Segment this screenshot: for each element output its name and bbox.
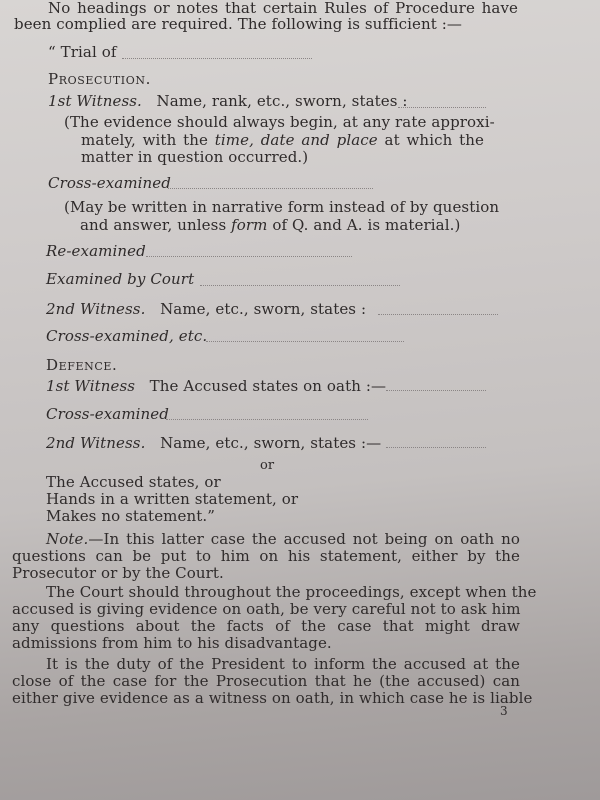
defence-witness-1-fill-line	[386, 390, 486, 391]
note-line-3: Prosecutor or by the Court.	[12, 564, 224, 582]
document-page: No headings or notes that certain Rules …	[0, 0, 600, 800]
prosecution-witness-1: 1st Witness. Name, rank, etc., sworn, st…	[48, 92, 408, 110]
evidence-note-text: at which the	[378, 131, 484, 149]
note-line-1: Note.—In this latter case the accused no…	[46, 530, 520, 548]
narrative-note-text: and answer, unless	[80, 216, 231, 234]
intro-line-2: been complied are required. The followin…	[14, 15, 462, 33]
trial-of-label: “ Trial of	[48, 43, 117, 61]
defence-witness-1-label: 1st Witness	[46, 377, 135, 395]
witness-1-fill-line	[398, 107, 486, 108]
evidence-note-line-3: matter in question occurred.)	[81, 148, 308, 166]
cross-examined-etc-fill-line	[206, 341, 404, 342]
defence-witness-2-text: Name, etc., sworn, states :—	[160, 434, 381, 452]
defence-cross-examined: Cross-examined	[46, 405, 169, 423]
president-paragraph-line-2: close of the case for the Prosecution th…	[12, 672, 520, 690]
note-label: Note.	[46, 530, 88, 548]
note-text: —In this latter case the accused not bei…	[88, 530, 520, 548]
president-paragraph-line-3: either give evidence as a witness on oat…	[12, 689, 520, 707]
narrative-note-text: of Q. and A. is material.)	[268, 216, 461, 234]
defence-witness-1-text: The Accused states on oath :—	[150, 377, 386, 395]
prosecution-cross-examined: Cross-examined	[48, 174, 171, 192]
court-paragraph-line-4: admissions from him to his disadvantage.	[12, 634, 332, 652]
defence-witness-2-fill-line	[386, 447, 486, 448]
alternative-no-statement: Makes no statement.”	[46, 507, 215, 525]
court-paragraph-line-2: accused is giving evidence on oath, be v…	[12, 600, 520, 618]
prosecution-witness-2: 2nd Witness. Name, etc., sworn, states :	[46, 300, 366, 318]
note-line-2: questions can be put to him on his state…	[12, 547, 520, 565]
prosecution-heading: Prosecution.	[48, 70, 151, 88]
witness-1-text: Name, rank, etc., sworn, states :	[157, 92, 408, 110]
evidence-note-text: mately, with the	[81, 131, 215, 149]
examined-by-court-fill-line	[200, 285, 400, 286]
evidence-note-line-1: (The evidence should always begin, at an…	[64, 113, 484, 131]
evidence-note-line-2: mately, with the time, date and place at…	[81, 131, 484, 149]
cross-examined-fill-line	[168, 188, 373, 189]
alternative-accused-states: The Accused states, or	[46, 473, 221, 491]
or-separator: or	[260, 457, 274, 475]
witness-2-fill-line	[378, 314, 498, 315]
re-examined-fill-line	[146, 256, 352, 257]
narrative-note-line-1: (May be written in narrative form instea…	[64, 198, 486, 216]
defence-witness-2: 2nd Witness. Name, etc., sworn, states :…	[46, 434, 381, 452]
defence-witness-2-label: 2nd Witness.	[46, 434, 145, 452]
prosecution-examined-by-court: Examined by Court	[46, 270, 194, 288]
defence-witness-1: 1st Witness The Accused states on oath :…	[46, 377, 386, 395]
evidence-note-emphasis: time, date and place	[215, 131, 378, 149]
defence-heading: Defence.	[46, 356, 117, 374]
president-paragraph-line-1: It is the duty of the President to infor…	[46, 655, 520, 673]
narrative-note-line-2: and answer, unless form of Q. and A. is …	[80, 216, 460, 234]
defence-cross-examined-fill-line	[166, 419, 368, 420]
court-paragraph-line-3: any questions about the facts of the cas…	[12, 617, 520, 635]
witness-2-text: Name, etc., sworn, states :	[160, 300, 366, 318]
court-paragraph-line-1: The Court should throughout the proceedi…	[46, 583, 520, 601]
prosecution-re-examined: Re-examined	[46, 242, 146, 260]
witness-1-label: 1st Witness.	[48, 92, 142, 110]
witness-2-label: 2nd Witness.	[46, 300, 145, 318]
trial-of-fill-line	[122, 58, 312, 59]
prosecution-cross-examined-etc: Cross-examined, etc.	[46, 327, 207, 345]
narrative-note-emphasis: form	[231, 216, 267, 234]
page-number: 3	[500, 704, 508, 718]
alternative-written-statement: Hands in a written statement, or	[46, 490, 298, 508]
